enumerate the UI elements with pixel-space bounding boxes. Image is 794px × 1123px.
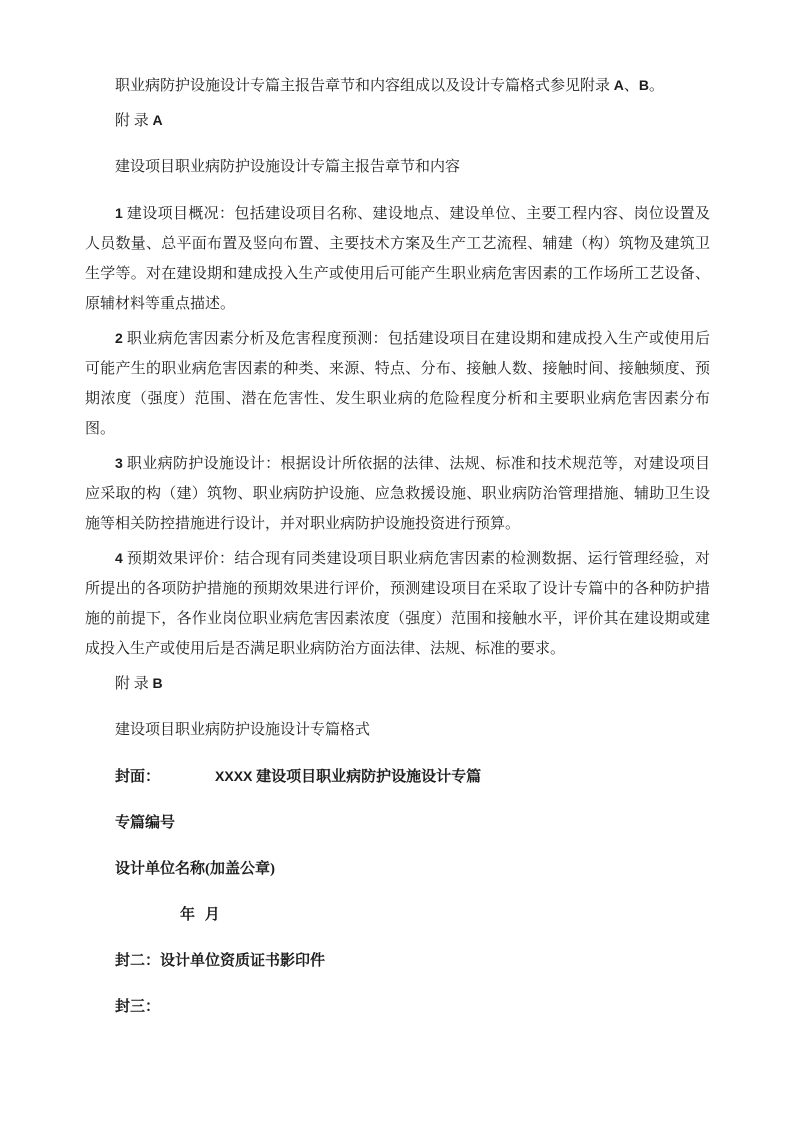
design-unit-line: 设计单位名称(加盖公章)	[85, 854, 710, 884]
latin-text: 3	[115, 455, 123, 471]
text-segment: 职业病防护设施设计专篇主报告章节和内容组成以及设计专篇格式参见附录	[115, 78, 614, 94]
text-segment: 、	[624, 78, 639, 94]
intro-paragraph: 职业病防护设施设计专篇主报告章节和内容组成以及设计专篇格式参见附录 A、B。	[85, 70, 710, 101]
appendix-b-title: 建设项目职业病防护设施设计专篇格式	[85, 715, 710, 745]
latin-text: 1	[115, 205, 123, 221]
latin-text: XXXX	[215, 768, 252, 784]
latin-text: 4	[115, 550, 123, 566]
latin-text: A	[614, 77, 624, 93]
list-item-1: 1 建设项目概况：包括建设项目名称、建设地点、建设单位、主要工程内容、岗位设置及…	[85, 198, 710, 319]
list-item-3: 3 职业病防护设施设计：根据设计所依据的法律、法规、标准和技术规范等，对建设项目…	[85, 448, 710, 539]
document-page: 职业病防护设施设计专篇主报告章节和内容组成以及设计专篇格式参见附录 A、B。 附…	[0, 0, 794, 1123]
text-segment: 附 录	[115, 676, 153, 692]
cover-three-line: 封三：	[85, 992, 710, 1022]
text-segment: 建设项目概况：包括建设项目名称、建设地点、建设单位、主要工程内容、岗位设置及人员…	[85, 206, 710, 312]
serial-number-line: 专篇编号	[85, 808, 710, 838]
text-segment: 封面：	[115, 769, 160, 785]
list-item-4: 4 预期效果评价：结合现有同类建设项目职业病危害因素的检测数据、运行管理经验，对…	[85, 543, 710, 664]
text-segment: 职业病防护设施设计：根据设计所依据的法律、法规、标准和技术规范等，对建设项目应采…	[85, 456, 710, 532]
appendix-a-heading: 附 录 A	[85, 105, 710, 136]
list-item-2: 2 职业病危害因素分析及危害程度预测：包括建设项目在建设期和建成投入生产或使用后…	[85, 323, 710, 444]
appendix-a-title: 建设项目职业病防护设施设计专篇主报告章节和内容	[85, 152, 710, 182]
cover-two-line: 封二：设计单位资质证书影印件	[85, 946, 710, 976]
text-segment: 建设项目职业病防护设施设计专篇	[252, 769, 481, 785]
text-segment: 。	[649, 78, 664, 94]
text-segment: 附 录	[115, 113, 153, 129]
text-segment: 职业病危害因素分析及危害程度预测：包括建设项目在建设期和建成投入生产或使用后可能…	[85, 331, 710, 437]
year-month-line: 年 月	[85, 900, 710, 930]
latin-text: A	[153, 112, 163, 128]
latin-text: 2	[115, 330, 123, 346]
text-segment: 预期效果评价：结合现有同类建设项目职业病危害因素的检测数据、运行管理经验，对所提…	[85, 551, 710, 657]
latin-text: B	[153, 675, 163, 691]
cover-page-line: 封面：XXXX 建设项目职业病防护设施设计专篇	[85, 761, 710, 792]
latin-text: B	[639, 77, 649, 93]
appendix-b-heading: 附 录 B	[85, 668, 710, 699]
